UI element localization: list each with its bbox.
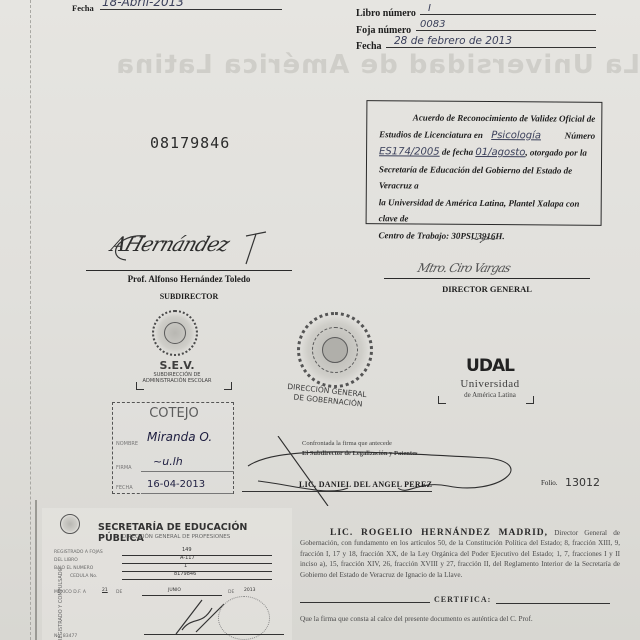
cotejo-nombre-value: Miranda O. [147, 430, 212, 444]
ack-line-5: la Universidad de América Latina, Plante… [379, 194, 595, 229]
fecha-label: Fecha [72, 3, 94, 13]
bleed-through-title: La Universidad de América Latina [40, 50, 640, 80]
libro-row: Libro número [356, 3, 416, 21]
legal-body: LIC. ROGELIO HERNÁNDEZ MADRID, Director … [300, 528, 620, 580]
sep-month: JUNIO [168, 588, 181, 593]
director-signature-line [384, 278, 590, 279]
sep-vertical-text: REGISTRADO Y COMPULSADO [58, 532, 64, 640]
udal-logo: UDAL [450, 356, 530, 376]
certifica-heading: CERTIFICA: [434, 595, 491, 605]
career-value: Psicología [485, 130, 547, 141]
fecha-value: 18-Abril-2013 [100, 0, 282, 10]
sep-month-prefix: DE [116, 590, 122, 595]
legalization-official: LIC. DANIEL DEL ANGEL PEREZ [299, 480, 432, 489]
cotejo-firma-value: ~u.lh [153, 455, 183, 468]
agreement-number: ES174/2005 [379, 146, 440, 157]
sep-title: SECRETARÍA DE EDUCACIÓN PÚBLICA [98, 522, 288, 544]
director-initial-scribble: ~ዎ~ [470, 232, 496, 247]
folio-value: 13012 [565, 476, 600, 489]
libro-value: I [420, 3, 596, 15]
sev-corner-left [136, 382, 144, 390]
subdirector-signature-stroke [96, 228, 276, 268]
fecha-registro-row: Fecha [356, 36, 382, 54]
sep-year-prefix: DE [228, 590, 234, 595]
fecha-registro-value: 28 de febrero de 2013 [386, 35, 596, 48]
udal-line-1: Universidad [450, 378, 530, 390]
sep-field-value-3: 8179846 [174, 571, 196, 577]
sep-registration-card: SECRETARÍA DE EDUCACIÓN PÚBLICA DIRECCIÓ… [42, 508, 292, 640]
rvoe-acknowledgement-box: Acuerdo de Reconocimiento de Validez Ofi… [366, 100, 603, 226]
cotejo-nombre-label: NOMBRE [116, 441, 138, 447]
libro-label: Libro número [356, 8, 416, 19]
legal-closing: Que la firma que consta al calce del pre… [300, 614, 620, 624]
legal-signatory-name: LIC. ROGELIO HERNÁNDEZ MADRID, [330, 528, 548, 538]
subdirector-signature-line [86, 270, 292, 271]
gobernacion-seal-icon [297, 312, 373, 388]
fold-line-secondary [35, 500, 37, 640]
cotejo-fecha-value: 16-04-2013 [147, 479, 205, 490]
sep-field-value-0: 149 [182, 547, 192, 553]
udal-line-2: de América Latina [450, 391, 530, 399]
cotejo-firma-label: FIRMA [116, 465, 132, 471]
sep-field-label-0: REGISTRADO A FOJAS [54, 550, 103, 555]
cotejo-title: COTEJO [113, 406, 235, 421]
agreement-date: 01/agosto [475, 147, 525, 158]
legalization-line [242, 491, 432, 492]
ack-line-3: ES174/2005 de fecha 01/agosto, otorgado … [379, 143, 595, 162]
serial-number: 08179846 [150, 134, 230, 152]
sep-day: 21 [102, 588, 108, 593]
sep-field-label-1: DEL LIBRO [54, 558, 78, 563]
ack-line-2: Estudios de Licenciatura en Psicología N… [379, 126, 595, 145]
sep-field-label-2: BAJO EL NUMERO [54, 566, 93, 571]
subdirector-title: SUBDIRECTOR [86, 292, 292, 301]
udal-corner-left [438, 396, 446, 404]
cotejo-fecha-label: FECHA [116, 485, 133, 491]
sep-place-date-prefix: MÉXICO D.F. A [54, 590, 86, 595]
legal-certification-text: LIC. ROGELIO HERNÁNDEZ MADRID, Director … [300, 528, 620, 624]
foja-value: 0083 [416, 19, 596, 31]
cotejo-stamp: COTEJO NOMBRE Miranda O. FIRMA ~u.lh FEC… [112, 402, 234, 494]
folio-label: Folio. [541, 479, 558, 487]
sep-seal-icon [60, 514, 80, 534]
sep-field-value-2: 1 [184, 563, 187, 569]
sep-field-value-1: A-117 [180, 555, 195, 561]
sep-year: 2013 [244, 588, 255, 593]
director-signature: Mtro. Ciro Vargas [416, 261, 511, 275]
udal-corner-right [526, 396, 534, 404]
sev-acronym: S.E.V. [140, 359, 214, 372]
document-page: La Universidad de América Latina Fecha 1… [0, 0, 640, 640]
sev-corner-right [224, 382, 232, 390]
subdirector-name: Prof. Alfonso Hernández Toledo [86, 274, 292, 284]
fold-line [30, 0, 31, 640]
ack-line-1: Acuerdo de Reconocimiento de Validez Ofi… [379, 109, 595, 127]
director-title: DIRECTOR GENERAL [384, 284, 590, 294]
fecha-registro-label: Fecha [356, 41, 382, 52]
ack-line-4: Secretaría de Educación del Gobierno del… [379, 161, 595, 196]
sev-seal-icon [152, 310, 198, 356]
sep-subtitle: DIRECCIÓN GENERAL DE PROFESIONES [122, 534, 282, 540]
legalization-signature-stroke [238, 436, 538, 506]
registry-block: Libro número I Foja número 0083 Fecha 28… [356, 3, 596, 53]
sep-bottom-left: No. 83477 [54, 634, 77, 639]
certifica-row: CERTIFICA: [300, 594, 620, 608]
header-fecha-field: Fecha 18-Abril-2013 [72, 0, 282, 14]
sep-field-label-3: CEDULA No. [70, 574, 97, 579]
